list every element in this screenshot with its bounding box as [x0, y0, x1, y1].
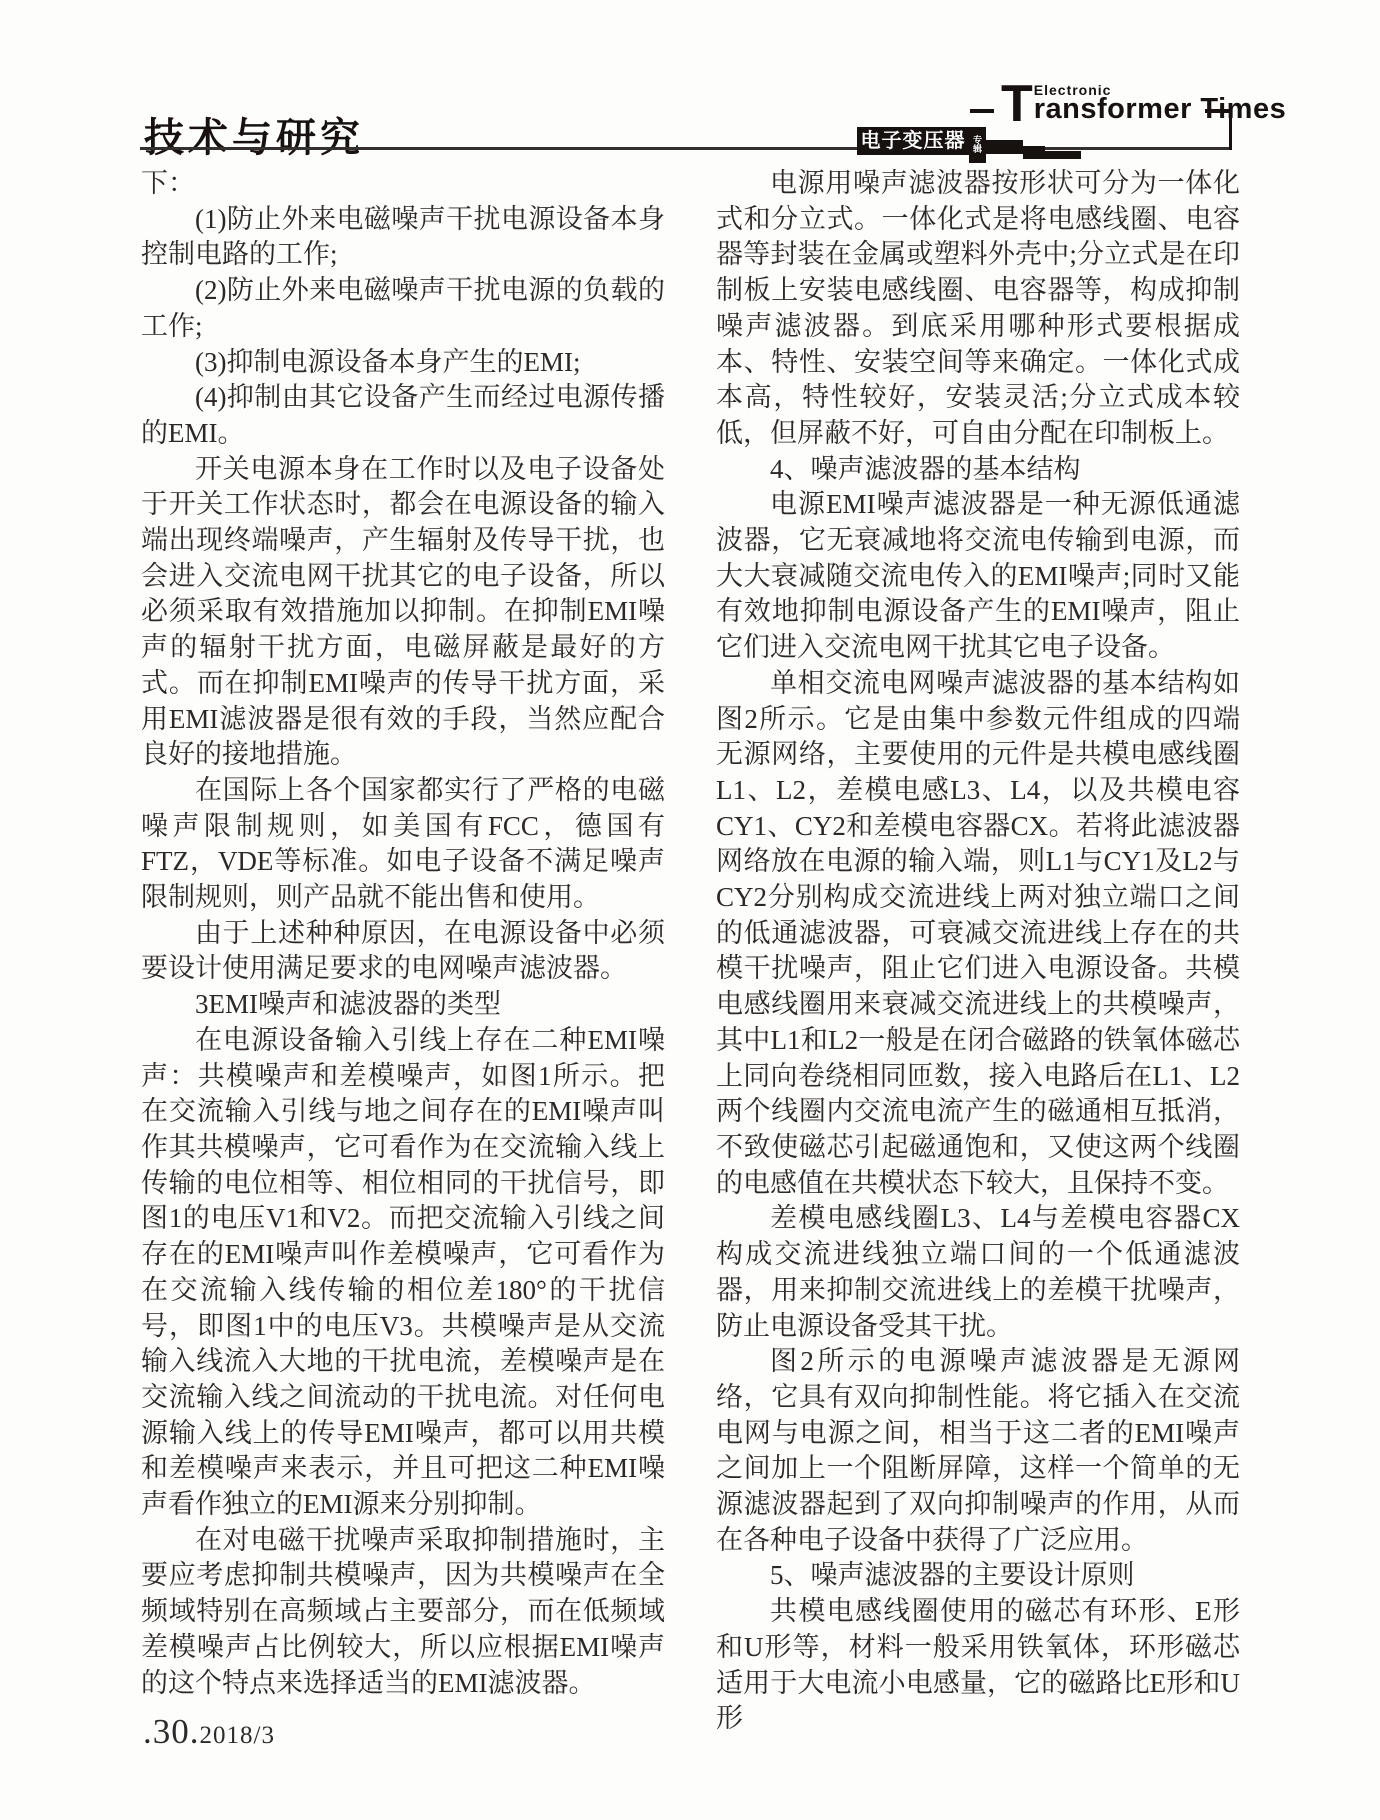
page-footer: .30. 2018/3 [143, 1712, 275, 1752]
section-title: 技术与研究 [144, 106, 364, 163]
body-paragraph: 电源用噪声滤波器按形状可分为一体化式和分立式。一体化式是将电感线圈、电容器等封装… [716, 166, 1240, 452]
body-paragraph: 由于上述种种原因，在电源设备中必须要设计使用满足要求的电网噪声滤波器。 [141, 916, 665, 987]
logo-step-block [986, 140, 1023, 154]
issue-label: 2018/3 [200, 1722, 275, 1750]
right-column: 电源用噪声滤波器按形状可分为一体化式和分立式。一体化式是将电感线圈、电容器等封装… [716, 166, 1240, 1737]
article-body: 下：(1)防止外来电磁噪声干扰电源设备本身控制电路的工作;(2)防止外来电磁噪声… [141, 166, 1240, 1737]
page-number: .30. [143, 1712, 200, 1752]
journal-logo-en-t: T [1001, 84, 1033, 124]
body-paragraph: 单相交流电网噪声滤波器的基本结构如图2所示。它是由集中参数元件组成的四端无源网络… [716, 666, 1240, 1202]
body-paragraph: 在对电磁干扰噪声采取抑制措施时，主要应考虑抑制共模噪声，因为共模噪声在全频域特别… [141, 1523, 665, 1702]
left-column: 下：(1)防止外来电磁噪声干扰电源设备本身控制电路的工作;(2)防止外来电磁噪声… [141, 166, 665, 1737]
journal-logo-en-rest: ransformer Times [1034, 97, 1286, 122]
body-paragraph: 开关电源本身在工作时以及电子设备处于开关工作状态时，都会在电源设备的输入端出现终… [141, 452, 665, 773]
logo-dash-left [970, 109, 994, 113]
body-paragraph: 5、噪声滤波器的主要设计原则 [716, 1558, 1240, 1594]
logo-step-block [1045, 151, 1081, 159]
magazine-page: 技术与研究 T Electronic ransformer Times 电子变压… [0, 0, 1380, 1820]
logo-step-block [1023, 146, 1045, 159]
journal-logo-cn: 电子变压器 [861, 131, 966, 151]
body-paragraph: (3)抑制电源设备本身产生的EMI; [141, 345, 665, 381]
journal-logo-cn-sub: 专辑 [969, 127, 986, 163]
logo-corner-horizontal [1205, 109, 1232, 113]
body-paragraph: 共模电感线圈使用的磁芯有环形、E形和U形等，材料一般采用铁氧体，环形磁芯适用于大… [716, 1594, 1240, 1737]
body-paragraph: 电源EMI噪声滤波器是一种无源低通滤波器，它无衰减地将交流电传输到电源，而大大衰… [716, 487, 1240, 666]
body-paragraph: (4)抑制由其它设备产生而经过电源传播的EMI。 [141, 380, 665, 451]
journal-logo-cn-sub-char: 辑 [973, 145, 982, 154]
body-paragraph: (2)防止外来电磁噪声干扰电源的负载的工作; [141, 273, 665, 344]
body-paragraph: 差模电感线圈L3、L4与差模电容器CX构成交流进线独立端口间的一个低通滤波器，用… [716, 1201, 1240, 1344]
body-paragraph: 下： [141, 166, 665, 202]
body-paragraph: 3EMI噪声和滤波器的类型 [141, 987, 665, 1023]
body-paragraph: 4、噪声滤波器的基本结构 [716, 452, 1240, 488]
journal-logo-cn-box: 电子变压器 [857, 127, 969, 155]
body-paragraph: 在国际上各个国家都实行了严格的电磁噪声限制规则，如美国有FCC，德国有FTZ，V… [141, 773, 665, 916]
header-rule [140, 147, 1232, 150]
logo-corner-vertical [1229, 109, 1232, 150]
body-paragraph: 图2所示的电源噪声滤波器是无源网络，它具有双向抑制性能。将它插入在交流电网与电源… [716, 1344, 1240, 1558]
body-paragraph: 在电源设备输入引线上存在二种EMI噪声：共模噪声和差模噪声，如图1所示。把在交流… [141, 1023, 665, 1523]
journal-logo-en: T Electronic ransformer Times [1001, 84, 1286, 124]
body-paragraph: (1)防止外来电磁噪声干扰电源设备本身控制电路的工作; [141, 202, 665, 273]
